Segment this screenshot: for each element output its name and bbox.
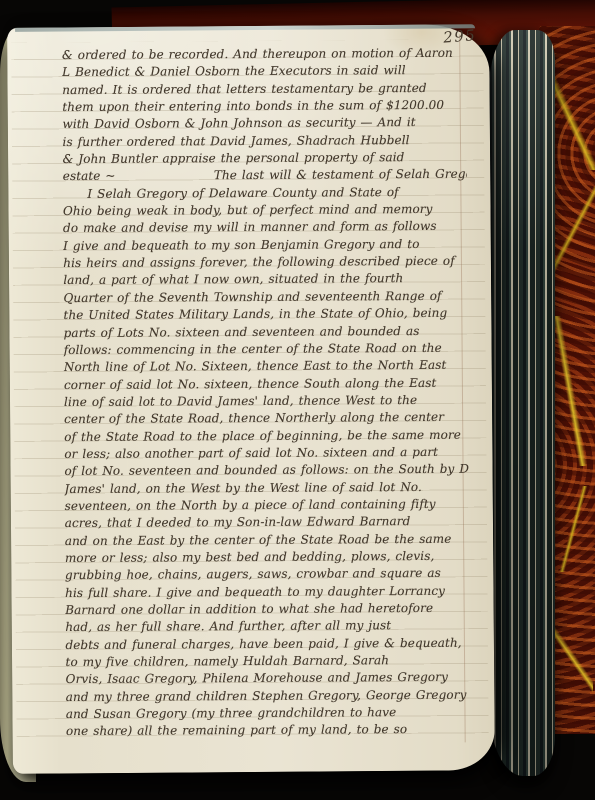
manuscript-line: estate ~ The last will & testament of Se…	[63, 166, 467, 186]
manuscript-line: corner of said lot No. sixteen, thence S…	[64, 374, 468, 394]
manuscript-line: his heirs and assigns forever, the follo…	[63, 253, 467, 273]
manuscript-lines: & ordered to be recorded. And thereupon …	[62, 45, 470, 767]
manuscript-line: the United States Military Lands, in the…	[63, 305, 467, 325]
manuscript-line: James' land, on the West by the West lin…	[64, 478, 468, 498]
manuscript-line: grubbing hoe, chains, augers, saws, crow…	[65, 565, 469, 585]
manuscript-line: do make and devise my will in manner and…	[63, 218, 467, 238]
manuscript-line: of the State Road to the place of beginn…	[64, 426, 468, 446]
photo-backdrop: 295 & ordered to be recorded. And thereu…	[0, 0, 595, 800]
manuscript-line: one share) all the remaining part of my …	[66, 721, 470, 741]
manuscript-line: is further ordered that David James, Sha…	[62, 131, 466, 151]
manuscript-line: of lot No. seventeen and bounded as foll…	[64, 461, 468, 481]
page-edge-stack	[489, 30, 555, 776]
manuscript-line: parts of Lots No. sixteen and seventeen …	[64, 322, 468, 342]
manuscript-line: Barnard one dollar in addition to what s…	[65, 600, 469, 620]
manuscript-line: with David Osborn & John Johnson as secu…	[62, 114, 466, 134]
ledger-page: 295 & ordered to be recorded. And thereu…	[7, 24, 495, 774]
manuscript-line: acres, that I deeded to my Son-in-law Ed…	[65, 513, 469, 533]
manuscript-line: center of the State Road, thence Norther…	[64, 409, 468, 429]
manuscript-line: L Benedict & Daniel Osborn the Executors…	[62, 62, 466, 82]
manuscript-line: and my three grand children Stephen Greg…	[66, 686, 470, 706]
page-number: 295	[442, 26, 476, 47]
manuscript-line: Orvis, Isaac Gregory, Philena Morehouse …	[66, 669, 470, 689]
manuscript-line: debts and funeral charges, have been pai…	[65, 634, 469, 654]
manuscript-line: North line of Lot No. Sixteen, thence Ea…	[64, 357, 468, 377]
